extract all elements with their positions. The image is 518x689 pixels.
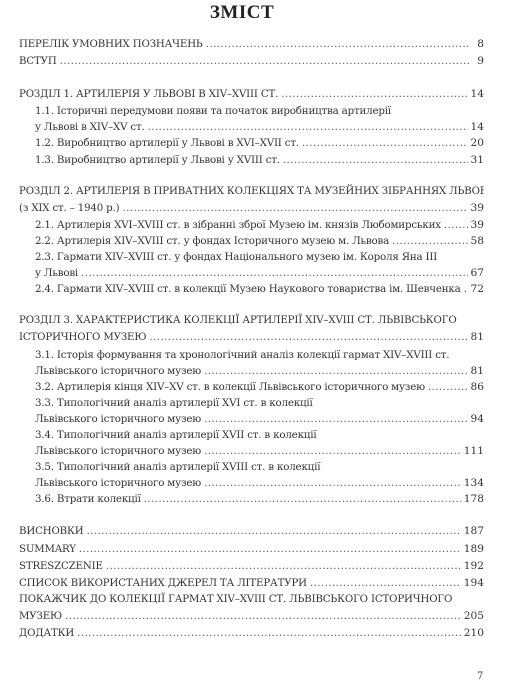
toc-page-number: 67 — [471, 265, 484, 281]
toc-entry-line: 1.3. Виробництво артилерії у Львові у XV… — [35, 152, 484, 168]
toc-entry-title: 3.5. Типологічний аналіз артилерії XVIII… — [35, 459, 320, 475]
toc-entry-line: 3.5. Типологічний аналіз артилерії XVIII… — [35, 459, 484, 475]
toc-page-number: 86 — [471, 379, 484, 395]
toc-page-number: 39 — [471, 217, 484, 233]
toc-entry-title: 1.2. Виробництво артилерії у Львові в XV… — [35, 135, 299, 151]
toc-subentry[interactable]: 2.1. Артилерія XVI–XVIII ст. в зібранні … — [19, 217, 484, 233]
dot-leader — [206, 36, 471, 52]
toc-entry-title: SUMMARY — [19, 542, 76, 558]
dot-leader — [310, 575, 461, 591]
toc-entry-line: STRESZCZENIE192 — [19, 558, 484, 575]
toc-entry-title: ВСТУП — [19, 54, 57, 70]
toc-entry-title: Львівського історичного музею — [35, 443, 201, 459]
toc-entry-title: РОЗДІЛ 3. ХАРАКТЕРИСТИКА КОЛЕКЦІЇ АРТИЛЕ… — [19, 313, 457, 329]
toc-entry-title: 2.1. Артилерія XVI–XVIII ст. в зібранні … — [35, 217, 441, 233]
toc-entry-title: ДОДАТКИ — [19, 626, 74, 642]
toc-page-number: 194 — [464, 575, 484, 591]
toc-entry[interactable]: РОЗДІЛ 3. ХАРАКТЕРИСТИКА КОЛЕКЦІЇ АРТИЛЕ… — [19, 313, 484, 346]
toc-entry-line: Львівського історичного музею111 — [35, 443, 484, 459]
toc-page-number: 14 — [471, 119, 484, 135]
toc-page-number: 192 — [464, 558, 484, 574]
toc-page-number: 20 — [471, 135, 484, 151]
toc-entry-line: Львівського історичного музею94 — [35, 411, 484, 427]
toc-entry-line: 1.1. Історичні передумови появи та почат… — [35, 103, 484, 119]
toc-subentry[interactable]: 1.1. Історичні передумови появи та почат… — [19, 103, 484, 135]
toc-entry-line: РОЗДІЛ 3. ХАРАКТЕРИСТИКА КОЛЕКЦІЇ АРТИЛЕ… — [19, 313, 484, 329]
toc-entry[interactable]: РОЗДІЛ 2. АРТИЛЕРІЯ В ПРИВАТНИХ КОЛЕКЦІЯ… — [19, 184, 484, 217]
toc-entry-title: 3.6. Втрати колекції — [35, 491, 141, 507]
toc-page-number: 111 — [464, 443, 484, 459]
dot-leader — [79, 541, 461, 557]
dot-leader — [60, 53, 471, 69]
toc-entry-line: 3.4. Типологічний аналіз артилерії XVII … — [35, 427, 484, 443]
toc-entry[interactable]: STRESZCZENIE192 — [19, 558, 484, 575]
toc-subentry[interactable]: 3.1. Історія формування та хронологічний… — [19, 347, 484, 379]
dot-leader — [283, 152, 468, 168]
toc-entry-line: Львівського історичного музею81 — [35, 363, 484, 379]
toc-subentry[interactable]: 3.2. Артилерія кінця XIV–XV ст. в колекц… — [19, 379, 484, 395]
toc-page-number: 72 — [471, 281, 484, 297]
toc-subentry[interactable]: 3.3. Типологічний аналіз артилерії XVI с… — [19, 395, 484, 427]
toc-page-number: 134 — [464, 475, 484, 491]
toc-entry-title: Львівського історичного музею — [35, 411, 201, 427]
toc-page-number: 39 — [471, 200, 484, 216]
dot-leader — [204, 475, 461, 491]
toc-entry[interactable]: РОЗДІЛ 1. АРТИЛЕРІЯ У ЛЬВОВІ В XIV–XVIII… — [19, 86, 484, 103]
table-of-contents: ПЕРЕЛІК УМОВНИХ ПОЗНАЧЕНЬ8ВСТУП9РОЗДІЛ 1… — [19, 36, 484, 642]
toc-page-number: 187 — [464, 523, 484, 539]
toc-entry-title: 2.3. Гармати XIV–XVIII ст. у фондах Наці… — [35, 249, 437, 265]
toc-entry-title: Львівського історичного музею — [35, 475, 201, 491]
toc-entry-line: 2.4. Гармати XIV–XVIII ст. в колекції Му… — [35, 281, 484, 297]
toc-entry-title: у Львові — [35, 265, 78, 281]
toc-entry[interactable]: SUMMARY189 — [19, 541, 484, 558]
toc-entry-title: ВИСНОВКИ — [19, 524, 83, 540]
toc-entry-title: STRESZCZENIE — [19, 559, 103, 575]
toc-entry-line: SUMMARY189 — [19, 541, 484, 558]
toc-entry-title: 1.1. Історичні передумови появи та почат… — [35, 103, 391, 119]
toc-entry-line: 2.3. Гармати XIV–XVIII ст. у фондах Наці… — [35, 249, 484, 265]
toc-page-number: 81 — [471, 363, 484, 379]
toc-entry-line: (з XIX ст. – 1940 р.)39 — [19, 200, 484, 217]
toc-subentry[interactable]: 3.5. Типологічний аналіз артилерії XVIII… — [19, 459, 484, 491]
toc-entry-line: РОЗДІЛ 2. АРТИЛЕРІЯ В ПРИВАТНИХ КОЛЕКЦІЯ… — [19, 184, 484, 200]
toc-entry-title: СПИСОК ВИКОРИСТАНИХ ДЖЕРЕЛ ТА ЛІТЕРАТУРИ — [19, 576, 307, 592]
dot-leader — [148, 119, 468, 135]
dot-leader — [204, 363, 467, 379]
dot-leader — [122, 200, 467, 216]
toc-entry-title: 1.3. Виробництво артилерії у Львові у XV… — [35, 152, 280, 168]
toc-entry-line: ВИСНОВКИ187 — [19, 523, 484, 540]
toc-entry[interactable]: ПОКАЖЧИК ДО КОЛЕКЦІЇ ГАРМАТ XIV–XVIII СТ… — [19, 592, 484, 625]
toc-entry-line: ПОКАЖЧИК ДО КОЛЕКЦІЇ ГАРМАТ XIV–XVIII СТ… — [19, 592, 484, 608]
toc-entry-title: 2.2. Артилерія XIV–XVIII ст. у фондах Іс… — [35, 233, 389, 249]
toc-page-number: 81 — [471, 329, 484, 345]
toc-page-number: 94 — [471, 411, 484, 427]
dot-leader — [81, 265, 467, 281]
toc-entry-line: ВСТУП9 — [19, 53, 484, 70]
toc-subentry[interactable]: 3.4. Типологічний аналіз артилерії XVII … — [19, 427, 484, 459]
toc-entry-line: 1.2. Виробництво артилерії у Львові в XV… — [35, 135, 484, 151]
toc-entry-line: СПИСОК ВИКОРИСТАНИХ ДЖЕРЕЛ ТА ЛІТЕРАТУРИ… — [19, 575, 484, 592]
toc-entry-title: ПОКАЖЧИК ДО КОЛЕКЦІЇ ГАРМАТ XIV–XVIII СТ… — [19, 592, 452, 608]
toc-entry-line: 3.6. Втрати колекції178 — [35, 491, 484, 507]
toc-page-number: 31 — [471, 152, 484, 168]
dot-leader — [106, 558, 461, 574]
toc-entry-line: ДОДАТКИ210 — [19, 625, 484, 642]
toc-page-number: 8 — [474, 36, 484, 52]
toc-subentry[interactable]: 2.4. Гармати XIV–XVIII ст. в колекції Му… — [19, 281, 484, 297]
toc-entry-line: 3.2. Артилерія кінця XIV–XV ст. в колекц… — [35, 379, 484, 395]
toc-entry-title: у Львові в XIV–XV ст. — [35, 119, 145, 135]
dot-leader — [464, 281, 468, 297]
toc-entry-title: 3.1. Історія формування та хронологічний… — [35, 347, 449, 363]
toc-entry-title: РОЗДІЛ 2. АРТИЛЕРІЯ В ПРИВАТНИХ КОЛЕКЦІЯ… — [19, 184, 484, 200]
dot-leader — [77, 625, 461, 641]
toc-page-number: 210 — [464, 625, 484, 641]
page-title: ЗМІСТ — [0, 2, 484, 24]
toc-entry-title: ПЕРЕЛІК УМОВНИХ ПОЗНАЧЕНЬ — [19, 37, 203, 53]
toc-page-number: 189 — [464, 541, 484, 557]
toc-entry[interactable]: ВИСНОВКИ187 — [19, 523, 484, 540]
toc-page-number: 205 — [464, 608, 484, 624]
toc-entry-line: 2.1. Артилерія XVI–XVIII ст. в зібранні … — [35, 217, 484, 233]
toc-entry-title: ІСТОРИЧНОГО МУЗЕЮ — [19, 330, 146, 346]
dot-leader — [204, 443, 461, 459]
toc-entry-line: МУЗЕЮ205 — [19, 608, 484, 625]
toc-subentry[interactable]: 1.3. Виробництво артилерії у Львові у XV… — [19, 152, 484, 168]
toc-subentry[interactable]: 2.2. Артилерія XIV–XVIII ст. у фондах Іс… — [19, 233, 484, 249]
dot-leader — [65, 608, 461, 624]
toc-page-number: 178 — [464, 491, 484, 507]
toc-entry-line: ІСТОРИЧНОГО МУЗЕЮ81 — [19, 329, 484, 346]
toc-entry[interactable]: ПЕРЕЛІК УМОВНИХ ПОЗНАЧЕНЬ8 — [19, 36, 484, 53]
toc-subentry[interactable]: 3.6. Втрати колекції178 — [19, 491, 484, 507]
toc-page-number: 9 — [474, 53, 484, 69]
dot-leader — [144, 491, 461, 507]
toc-page-number: 58 — [471, 233, 484, 249]
toc-entry-line: 3.3. Типологічний аналіз артилерії XVI с… — [35, 395, 484, 411]
toc-entry-line: ПЕРЕЛІК УМОВНИХ ПОЗНАЧЕНЬ8 — [19, 36, 484, 53]
toc-entry-title: 3.2. Артилерія кінця XIV–XV ст. в колекц… — [35, 379, 425, 395]
dot-leader — [281, 86, 467, 102]
toc-entry-title: 2.4. Гармати XIV–XVIII ст. в колекції Му… — [35, 281, 461, 297]
toc-entry-title: Львівського історичного музею — [35, 363, 201, 379]
toc-entry-line: 3.1. Історія формування та хронологічний… — [35, 347, 484, 363]
toc-entry-title: РОЗДІЛ 1. АРТИЛЕРІЯ У ЛЬВОВІ В XIV–XVIII… — [19, 87, 278, 103]
dot-leader — [392, 233, 467, 249]
toc-entry-title: МУЗЕЮ — [19, 609, 62, 625]
toc-entry[interactable]: ДОДАТКИ210 — [19, 625, 484, 642]
dot-leader — [204, 411, 467, 427]
toc-entry-title: (з XIX ст. – 1940 р.) — [19, 201, 119, 217]
toc-entry-line: РОЗДІЛ 1. АРТИЛЕРІЯ У ЛЬВОВІ В XIV–XVIII… — [19, 86, 484, 103]
toc-subentry[interactable]: 2.3. Гармати XIV–XVIII ст. у фондах Наці… — [19, 249, 484, 281]
toc-entry-title: 3.4. Типологічний аналіз артилерії XVII … — [35, 427, 316, 443]
toc-entry-line: у Львові в XIV–XV ст.14 — [35, 119, 484, 135]
dot-leader — [444, 217, 468, 233]
toc-entry-title: 3.3. Типологічний аналіз артилерії XVI с… — [35, 395, 313, 411]
dot-leader — [302, 135, 468, 151]
toc-entry[interactable]: ВСТУП9 — [19, 53, 484, 70]
page-number: 7 — [477, 671, 483, 682]
dot-leader — [428, 379, 468, 395]
dot-leader — [149, 329, 467, 345]
toc-entry-line: 2.2. Артилерія XIV–XVIII ст. у фондах Іс… — [35, 233, 484, 249]
toc-entry-line: Львівського історичного музею134 — [35, 475, 484, 491]
toc-page-number: 14 — [471, 86, 484, 102]
dot-leader — [86, 523, 460, 539]
toc-entry[interactable]: СПИСОК ВИКОРИСТАНИХ ДЖЕРЕЛ ТА ЛІТЕРАТУРИ… — [19, 575, 484, 592]
toc-subentry[interactable]: 1.2. Виробництво артилерії у Львові в XV… — [19, 135, 484, 151]
toc-entry-line: у Львові67 — [35, 265, 484, 281]
